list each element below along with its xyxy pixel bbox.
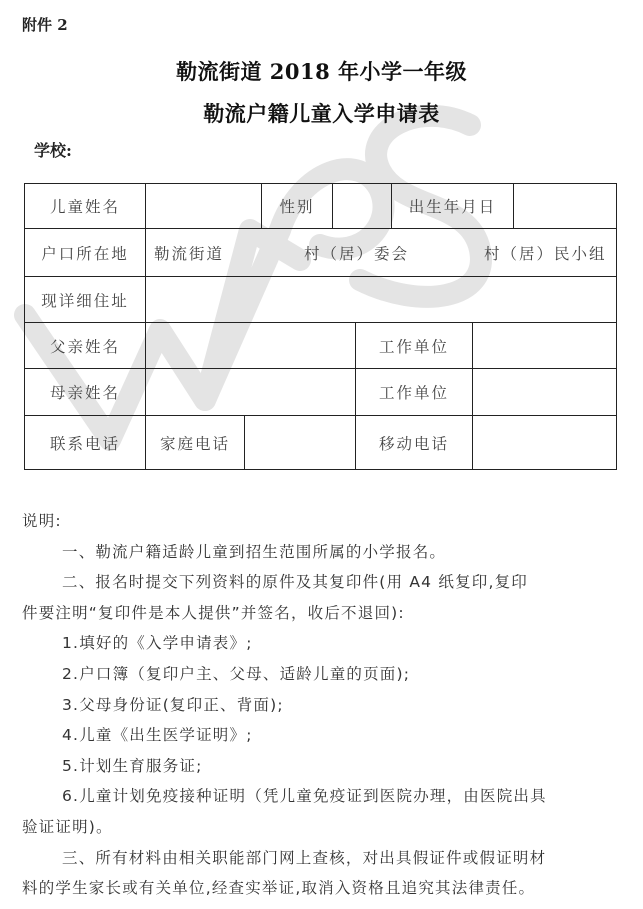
street-text: 勒流街道	[154, 242, 304, 264]
child-name-label: 儿童姓名	[25, 184, 146, 229]
dob-label: 出生年月日	[392, 184, 514, 229]
father-name-label: 父亲姓名	[25, 323, 146, 369]
mobile-phone-label: 移动电话	[356, 416, 473, 470]
note-line: 料的学生家长或有关单位,经查实举证,取消入资格且追究其法律责任。	[22, 873, 622, 904]
row-father: 父亲姓名 工作单位	[25, 323, 617, 369]
school-label: 学校:	[34, 138, 72, 161]
mother-name-field[interactable]	[146, 369, 356, 416]
home-phone-field[interactable]	[245, 416, 356, 470]
gender-label: 性别	[262, 184, 333, 229]
father-work-label: 工作单位	[356, 323, 473, 369]
row-address: 现详细住址	[25, 277, 617, 323]
mother-work-label: 工作单位	[356, 369, 473, 416]
child-name-field[interactable]	[146, 184, 262, 229]
note-line: 1.填好的《入学申请表》;	[22, 628, 622, 659]
mother-work-field[interactable]	[473, 369, 617, 416]
notes-heading: 说明:	[22, 506, 622, 537]
dob-field[interactable]	[514, 184, 617, 229]
father-name-field[interactable]	[146, 323, 356, 369]
village-group-text: 村（居）民小组	[484, 242, 607, 264]
notes-section: 说明: 一、勒流户籍适龄儿童到招生范围所属的小学报名。 二、报名时提交下列资料的…	[22, 506, 622, 904]
address-label: 现详细住址	[25, 277, 146, 323]
father-work-field[interactable]	[473, 323, 617, 369]
home-phone-label: 家庭电话	[146, 416, 245, 470]
hukou-field[interactable]: 勒流街道村（居）委会村（居）民小组	[146, 229, 617, 277]
note-line: 验证证明)。	[22, 812, 622, 843]
note-line: 件要注明“复印件是本人提供”并签名，收后不退回):	[22, 598, 622, 629]
note-line: 5.计划生育服务证;	[22, 751, 622, 782]
contact-phone-label: 联系电话	[25, 416, 146, 470]
note-line: 一、勒流户籍适龄儿童到招生范围所属的小学报名。	[22, 537, 622, 568]
hukou-label: 户口所在地	[25, 229, 146, 277]
row-mother: 母亲姓名 工作单位	[25, 369, 617, 416]
row-child-info: 儿童姓名 性别 出生年月日	[25, 184, 617, 229]
address-field[interactable]	[146, 277, 617, 323]
note-line: 3.父母身份证(复印正、背面);	[22, 690, 622, 721]
attachment-label: 附件 2	[22, 14, 68, 35]
village-committee-text: 村（居）委会	[304, 242, 484, 264]
row-hukou: 户口所在地 勒流街道村（居）委会村（居）民小组	[25, 229, 617, 277]
note-line: 二、报名时提交下列资料的原件及其复印件(用 A4 纸复印,复印	[22, 567, 622, 598]
note-line: 2.户口簿（复印户主、父母、适龄儿童的页面);	[22, 659, 622, 690]
mother-name-label: 母亲姓名	[25, 369, 146, 416]
application-form-table: 儿童姓名 性别 出生年月日 户口所在地 勒流街道村（居）委会村（居）民小组 现详…	[24, 183, 617, 470]
note-line: 4.儿童《出生医学证明》;	[22, 720, 622, 751]
gender-field[interactable]	[333, 184, 392, 229]
note-line: 三、所有材料由相关职能部门网上查核，对出具假证件或假证明材	[22, 843, 622, 874]
document-title-line2: 勒流户籍儿童入学申请表	[0, 98, 643, 128]
mobile-phone-field[interactable]	[473, 416, 617, 470]
document-title-line1: 勒流街道 2018 年小学一年级	[0, 56, 643, 86]
row-contact: 联系电话 家庭电话 移动电话	[25, 416, 617, 470]
note-line: 6.儿童计划免疫接种证明（凭儿童免疫证到医院办理，由医院出具	[22, 781, 622, 812]
